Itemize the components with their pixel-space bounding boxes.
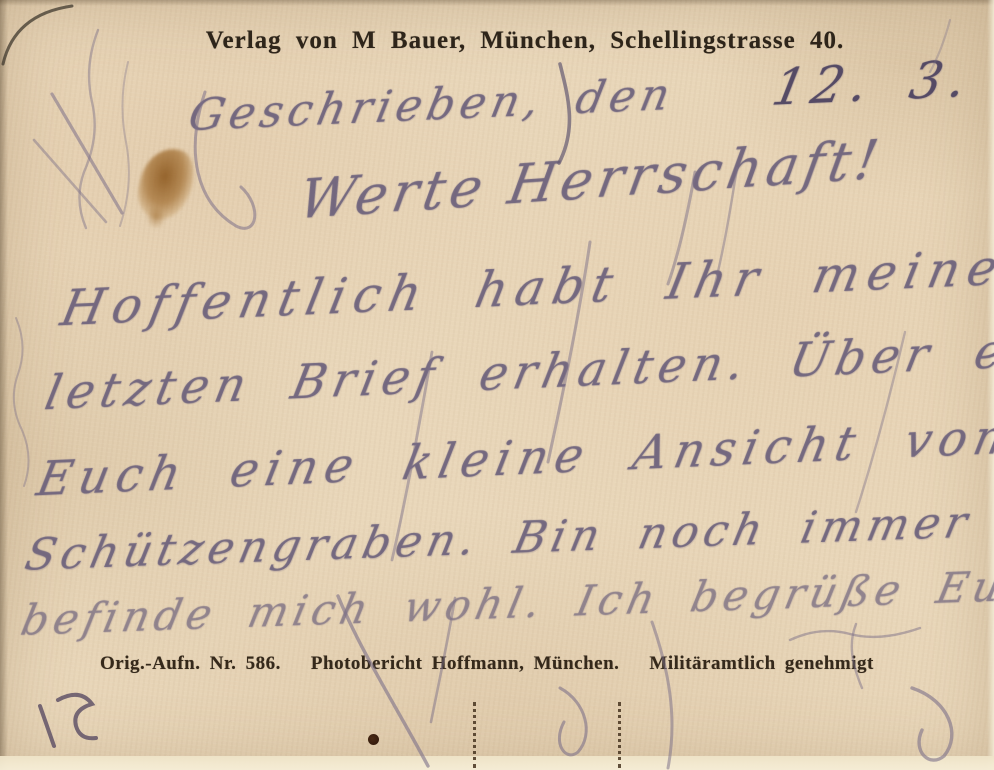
- postcard-back: Verlag von M Bauer, München, Schellingst…: [0, 0, 994, 770]
- card-edge-left: [0, 0, 8, 770]
- handwritten-body-line: letzten Brief erhalten. Über ein: [40, 321, 994, 421]
- imprint-photo-credit: Photobericht Hoffmann, München.: [311, 653, 620, 675]
- imprint-censor-note: Militäramtlich genehmigt: [649, 653, 873, 675]
- handwritten-dateline-place: Geschrieben, den: [184, 69, 679, 142]
- handwritten-salutation: Werte Herrschaft!: [294, 127, 888, 232]
- handwritten-body-line: Euch eine kleine Ansicht vom: [32, 409, 994, 508]
- dotted-guide-line: [473, 702, 476, 768]
- imprint-negative-number: Orig.-Aufn. Nr. 586.: [100, 653, 281, 675]
- imprint-line: Orig.-Aufn. Nr. 586. Photobericht Hoffma…: [100, 653, 874, 675]
- stain-mark: [133, 143, 199, 224]
- publisher-line: Verlag von M Bauer, München, Schellingst…: [28, 27, 994, 55]
- bottom-light-strip: [0, 756, 994, 770]
- card-edge-top: [0, 0, 994, 6]
- handwritten-body-line: Hoffentlich habt Ihr meinen: [56, 237, 994, 337]
- stain-mark-tail: [146, 205, 166, 229]
- dotted-guide-line: [618, 702, 621, 768]
- card-edge-right: [987, 0, 994, 770]
- ink-dot: [368, 734, 379, 745]
